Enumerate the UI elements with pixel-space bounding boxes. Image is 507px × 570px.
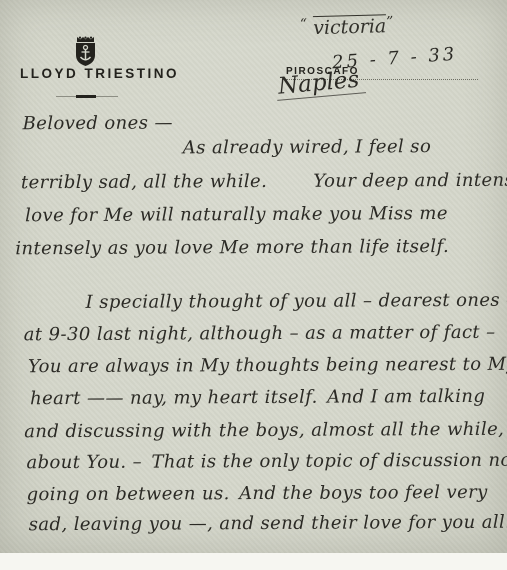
close-quote: ” [386,14,400,30]
letter-line: intensely as you love Me more than life … [15,236,449,259]
letter-line: at 9-30 last night, although – as a matt… [24,322,496,345]
letter-line: heart —— nay, my heart itself. And I am … [30,386,485,409]
open-quote: “ [300,16,314,32]
letterhead-divider [56,96,118,97]
ship-name-annotation: “victoria” [300,12,491,40]
letter-line: love for Me will naturally make you Miss… [25,203,448,226]
letter-body: Beloved ones — As already wired, I feel … [20,0,502,1]
scan-edge [0,553,507,570]
company-name: LLOYD TRIESTINO [20,66,179,81]
letter-line: going on between us. And the boys too fe… [27,482,488,505]
ship-name: victoria [313,15,387,39]
letter-scan: LLOYD TRIESTINO “victoria” PIROSCAFO 25 … [0,0,507,553]
letter-line: As already wired, I feel so [183,136,431,158]
letter-line: You are always in My thoughts being near… [28,354,507,378]
letter-salutation: Beloved ones — [23,112,173,134]
letter-line: sad, leaving you —, and send their love … [29,512,507,536]
letter-line: about You. – That is the only topic of d… [26,450,507,474]
letter-line: I specially thought of you all – dearest… [86,290,507,313]
letter-line: terribly sad, all the while. Your deep a… [21,170,507,194]
crest-anchor-icon [72,36,99,68]
letter-line: and discussing with the boys, almost all… [24,419,504,443]
